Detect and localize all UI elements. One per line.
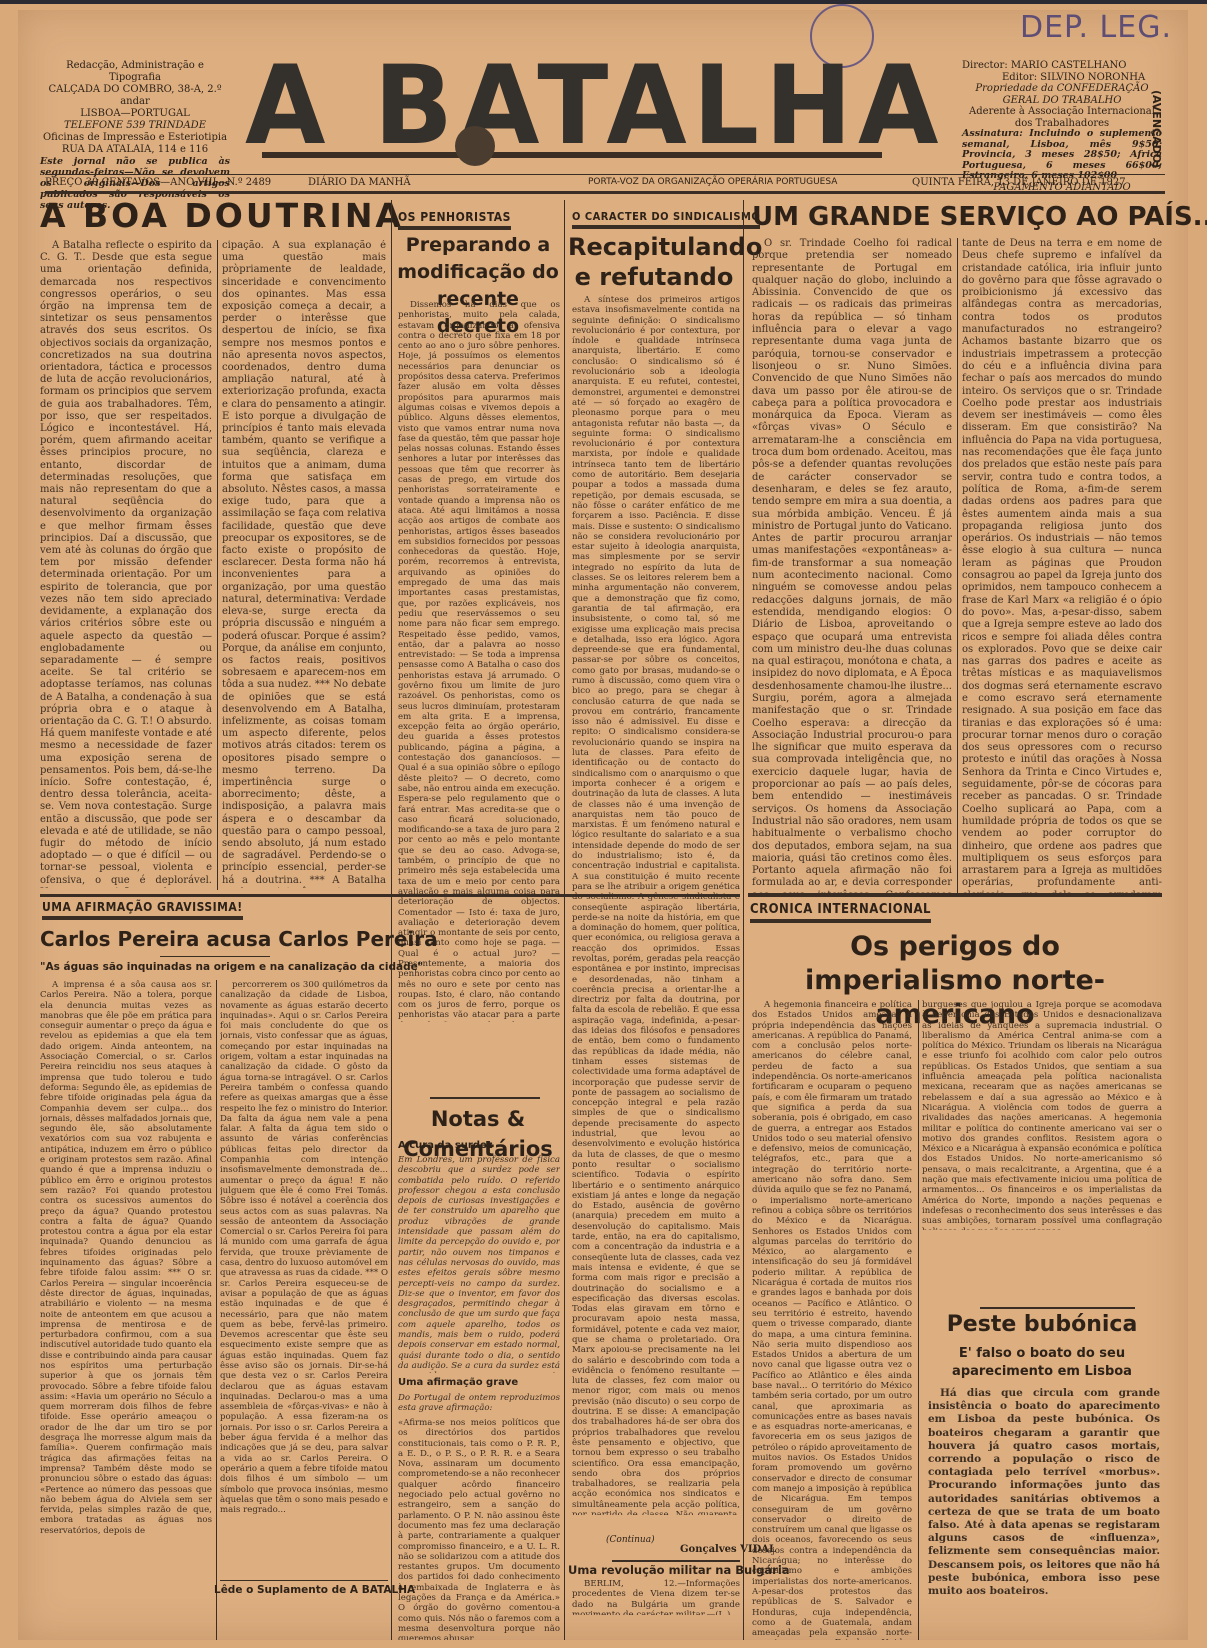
subheadline-peste: E' falso o boato do seu aparecimento em … [922, 1345, 1162, 1381]
column-rule [918, 1000, 919, 1640]
adherent-line: Aderente à Associação Internacional dos … [962, 106, 1162, 129]
column-rule [216, 980, 217, 1640]
notas-sub1-title: A cura da surdez [398, 1140, 493, 1151]
column-rule [957, 238, 958, 894]
peste-body: Há dias que circula com grande insistênc… [928, 1387, 1160, 1637]
info-line: CALÇADA DO COMBRO, 38-A, 2.º andar [40, 84, 230, 108]
emblem-icon [455, 126, 495, 166]
kicker-cronica-internacional: CRONICA INTERNACIONAL [750, 902, 931, 923]
short-rule [160, 956, 270, 957]
headline-recapitulando: Recapitulando e refutando [568, 232, 740, 292]
divider [748, 893, 1162, 897]
deposit-stamp: DEP. LEG. [1020, 10, 1172, 45]
headline-grande-servico: UM GRANDE SERVIÇO AO PAÍS... [752, 202, 1207, 232]
daily-label: DIÁRIO DA MANHÃ [308, 177, 411, 188]
info-line: Redacção, Administração e Tipografia [40, 60, 230, 84]
imperialismo-col1: A hegemonia financeira e política dos Es… [752, 1000, 912, 1640]
notas-sub2-intro: Do Portugal de ontem reproduzimos esta g… [398, 1393, 560, 1415]
penhoristas-body: Dissemos há dias que os penhoristas, mui… [398, 300, 560, 1022]
headline-carlos-pereira: Carlos Pereira acusa Carlos Pereira [40, 927, 390, 951]
notas-sub2-title: Uma afirmação grave [398, 1377, 518, 1388]
kicker-penhoristas: OS PENHORISTAS [398, 210, 511, 230]
info-line: LISBOA—PORTUGAL [40, 108, 230, 120]
divider [45, 174, 1165, 175]
notas-sub2-body: «Afirma-se nos meios políticos que os di… [398, 1418, 560, 1640]
grande-servico-col2: tante de Deus na terra e em nome de Deus… [962, 238, 1162, 894]
recapitulando-body: A síntese dos primeiros artigos estava i… [572, 295, 740, 1515]
kicker-carlos-pereira: UMA AFIRMAÇÃO GRAVISSIMA! [42, 900, 243, 920]
boa-doutrina-col2: cipação. A sua explanação é uma questão … [222, 240, 386, 888]
info-line: Oficinas de Impressão e Esteriotipia [40, 132, 230, 144]
notas-sub1-body: Em Londres, um professor de física desco… [398, 1155, 560, 1373]
boa-doutrina-col1: A Batalha reflecte o espirito da C. G. T… [40, 240, 212, 888]
supplement-promo: Lêde o Suplamento de A BATALHA [214, 1584, 394, 1596]
ornament-divider [980, 1307, 1135, 1309]
imperialismo-col2: burgueses que jogulou a Igreja porque se… [922, 1000, 1162, 1230]
column-rule [564, 200, 565, 1640]
info-line: RUA DA ATALAIA, 114 e 116 [40, 144, 230, 156]
headline-peste-bubonica: Peste bubónica [922, 1312, 1162, 1337]
divider [45, 191, 1165, 194]
kicker-recapitulando: O CARACTER DO SINDICALISMO [572, 210, 760, 229]
masthead-left-info: Redacção, Administração e Tipografia CAL… [40, 60, 230, 211]
issue-date: QUINTA FEIRA, 13 DE JANEIRO DE 1927 [912, 177, 1126, 188]
scan-top-edge [0, 0, 1207, 4]
headline-bulgaria: Uma revolução militar na Bulgária [568, 1563, 748, 1577]
motto: PORTA-VOZ DA ORGANIZAÇÃO OPERÁRIA PORTUG… [588, 177, 837, 187]
title-underline [262, 152, 882, 158]
column-rule [217, 240, 218, 890]
column-rule [391, 200, 392, 1640]
continua-label: (Continua) [606, 1535, 655, 1545]
divider [40, 894, 740, 897]
ornament-divider [612, 1560, 740, 1562]
masthead-title: A BATALHA [245, 47, 885, 163]
grande-servico-col1: O sr. Trindade Coelho foi radical porque… [752, 238, 952, 894]
column-rule [743, 200, 744, 1640]
avencado-label: (AVENÇADO) [1150, 90, 1163, 168]
subheadline-carlos-pereira: "As águas são inquinadas na origem e na … [40, 961, 390, 973]
bulgaria-body: BERLIM, 12.—Informações procedentes de V… [572, 1579, 740, 1615]
ornament-divider [430, 1097, 540, 1099]
info-line: TELEFONE 539 TRINDADE [40, 120, 230, 132]
divider [220, 1580, 388, 1581]
carlos-pereira-col1: A imprensa é a sôa causa aos sr. Carlos … [40, 980, 212, 1640]
editor-line: Editor: SILVINO NORONHA [962, 72, 1162, 84]
carlos-pereira-col2: percorrerem os 300 quilómetros da canali… [220, 980, 388, 1580]
headline-boa-doutrina: A BOA DOUTRINA [40, 196, 404, 235]
price-line: PREÇO 30 CENTAVOS—ANO VIII—N.º 2489 [45, 177, 271, 188]
property-line: Propriedade da CONFEDERAÇÃO GERAL DO TRA… [962, 83, 1162, 106]
director-line: Director: MARIO CASTELHANO [962, 60, 1162, 72]
